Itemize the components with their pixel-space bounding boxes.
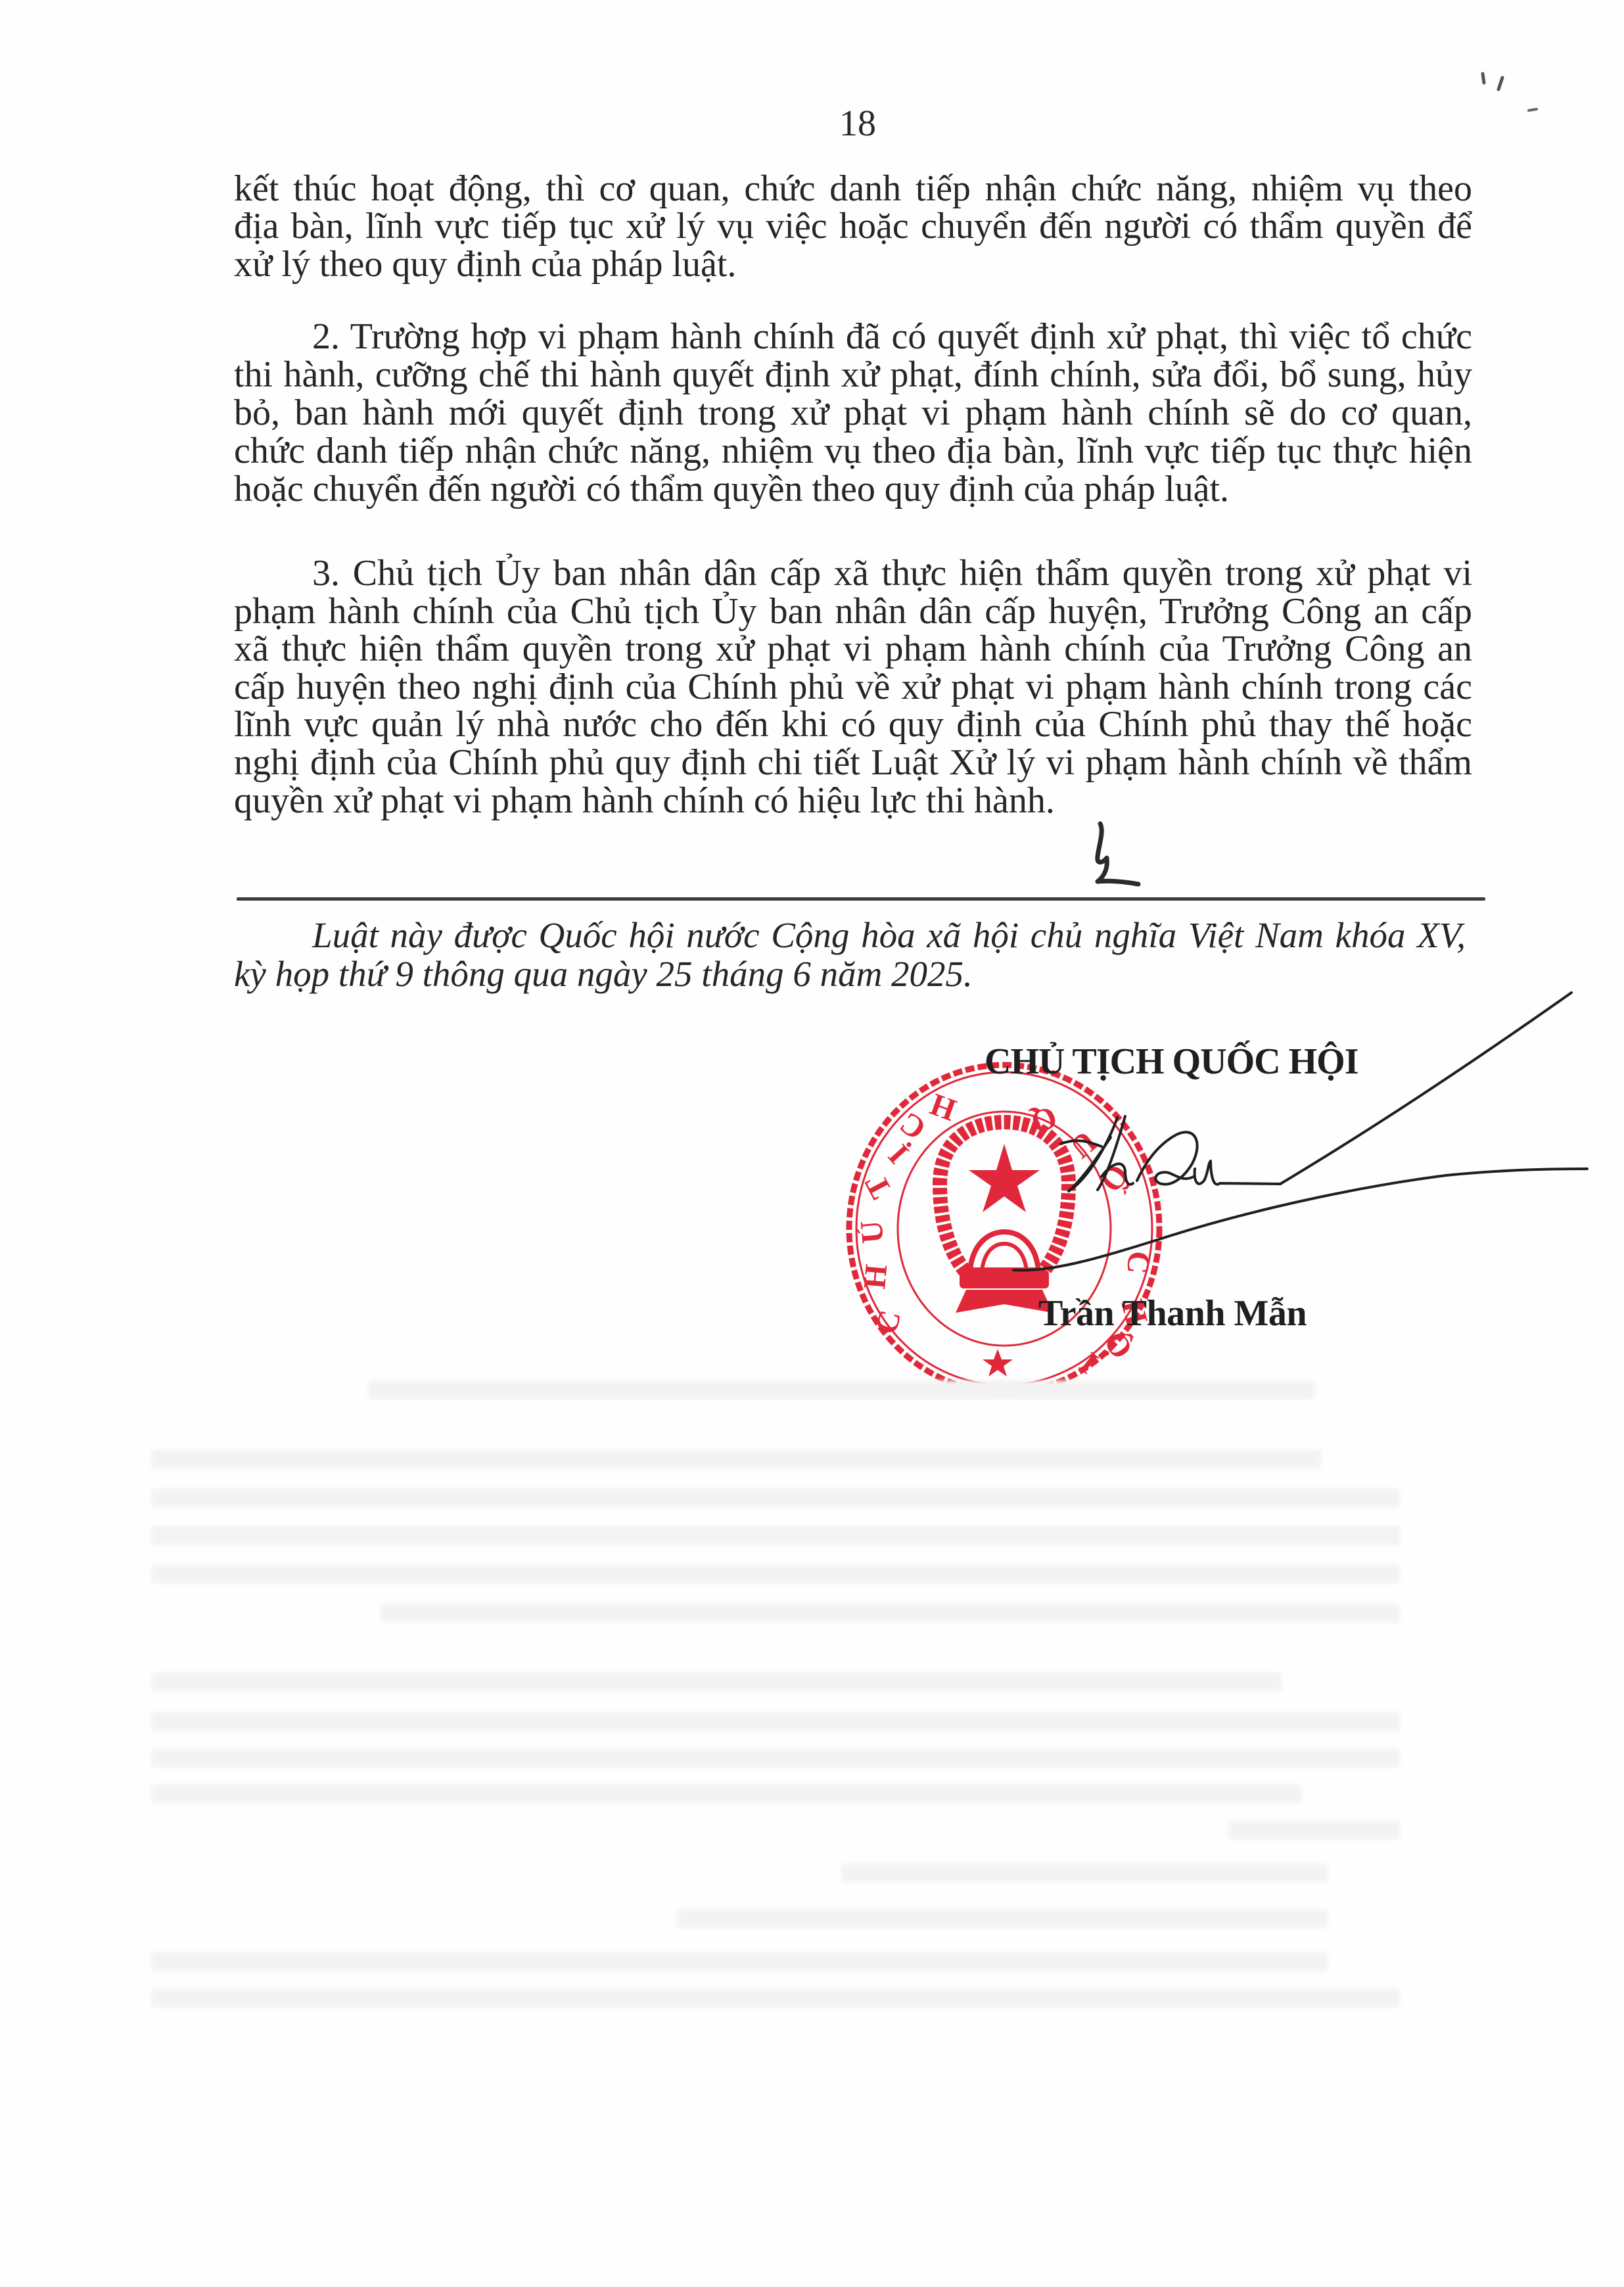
svg-text:C: C (1120, 1250, 1157, 1275)
text-line: 2. Trường hợp vi phạm hành chính đã có q… (312, 318, 1472, 356)
signatory-title: CHỦ TỊCH QUỐC HỘI (985, 1042, 1358, 1081)
page-number: 18 (812, 104, 904, 143)
text-line: kỳ họp thứ 9 thông qua ngày 25 tháng 6 n… (234, 955, 1472, 993)
text-line: phạm hành chính của Chủ tịch Ủy ban nhân… (234, 592, 1472, 630)
svg-text:C: C (868, 1307, 908, 1338)
svg-text:H: H (857, 1263, 894, 1290)
svg-text:Ủ: Ủ (854, 1219, 891, 1245)
scan-marks (1479, 59, 1558, 112)
text-line: cấp huyện theo nghị định của Chính phủ v… (234, 668, 1472, 706)
text-line: địa bàn, lĩnh vực tiếp tục xử lý vụ việc… (234, 207, 1472, 245)
separator-rule (237, 897, 1485, 901)
text-line: lĩnh vực quản lý nhà nước cho đến khi có… (234, 705, 1472, 743)
signatory-name: Trần Thanh Mẫn (1038, 1294, 1307, 1333)
text-line: Luật này được Quốc hội nước Cộng hòa xã … (312, 916, 1466, 955)
text-line: quyền xử phạt vi phạm hành chính có hiệu… (234, 782, 1472, 820)
text-line: chức danh tiếp nhận chức năng, nhiệm vụ … (234, 432, 1472, 470)
text-line: bỏ, ban hành mới quyết định trong xử phạ… (234, 394, 1472, 432)
svg-text:Ố: Ố (1094, 1158, 1137, 1199)
text-line: kết thúc hoạt động, thì cơ quan, chức da… (234, 170, 1472, 208)
svg-text:T: T (858, 1169, 899, 1204)
document-page: 18 kết thúc hoạt động, thì cơ quan, chức… (0, 0, 1624, 2287)
text-line: xã thực hiện thẩm quyền trong xử phạt vi… (234, 630, 1472, 668)
text-line: nghị định của Chính phủ quy định chi tiế… (234, 743, 1472, 782)
text-line: 3. Chủ tịch Ủy ban nhân dân cấp xã thực … (312, 554, 1472, 592)
text-line: xử lý theo quy định của pháp luật. (234, 245, 1472, 283)
text-line: hoặc chuyển đến người có thẩm quyền theo… (234, 470, 1472, 508)
text-line: thi hành, cưỡng chế thi hành quyết định … (234, 356, 1472, 394)
initials-mark (1078, 818, 1144, 891)
official-seal: C H Ủ T Ị C H Q U Ố C H Ộ I (841, 1060, 1170, 1398)
